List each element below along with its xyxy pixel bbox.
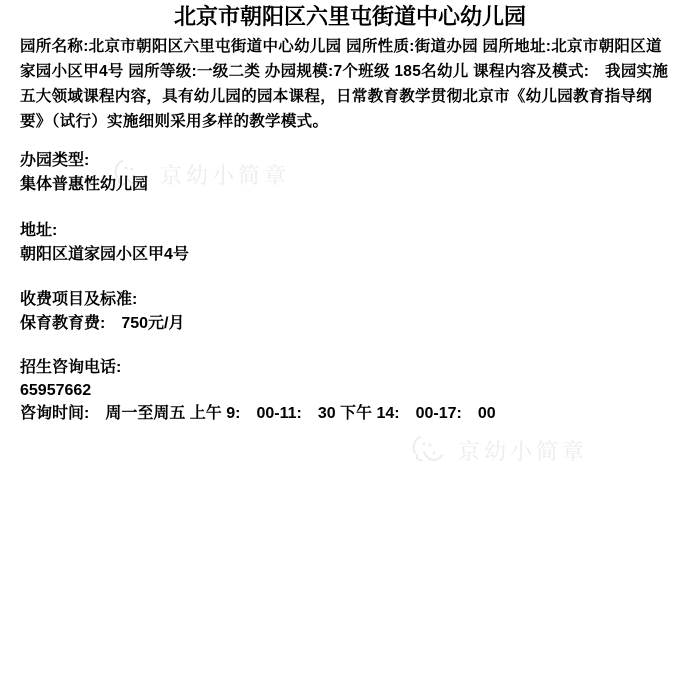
watermark: 京幼小简章 xyxy=(410,434,588,466)
phone-number: 65957662 xyxy=(20,381,91,401)
fees-value: 保育教育费: 750元/月 xyxy=(20,314,184,334)
kindergarten-type-label: 办园类型: xyxy=(20,151,89,171)
intro-paragraph: 园所名称:北京市朝阳区六里屯街道中心幼儿园 园所性质:街道办园 园所地址:北京市… xyxy=(20,34,680,134)
intro-line: 家园小区甲4号 园所等级:一级二类 办园规模:7个班级 185名幼儿 课程内容及… xyxy=(20,59,680,84)
panda-face-logo-icon xyxy=(410,434,446,466)
watermark-text: 京幼小简章 xyxy=(458,435,588,466)
intro-line: 要》（试行）实施细则采用多样的教学模式。 xyxy=(20,109,680,134)
fees-label: 收费项目及标准: xyxy=(20,290,137,310)
watermark-text: 京幼小简章 xyxy=(160,159,290,190)
address-label: 地址: xyxy=(20,221,57,241)
kindergarten-type-value: 集体普惠性幼儿园 xyxy=(20,175,148,195)
intro-line: 园所名称:北京市朝阳区六里屯街道中心幼儿园 园所性质:街道办园 园所地址:北京市… xyxy=(20,34,680,59)
document-page: 北京市朝阳区六里屯街道中心幼儿园 园所名称:北京市朝阳区六里屯街道中心幼儿园 园… xyxy=(0,0,700,675)
intro-line: 五大领域课程内容，具有幼儿园的园本课程，日常教育教学贯彻北京市《幼儿园教育指导纲 xyxy=(20,84,680,109)
phone-label: 招生咨询电话: xyxy=(20,358,121,378)
address-value: 朝阳区道家园小区甲4号 xyxy=(20,245,189,265)
consultation-hours: 咨询时间: 周一至周五 上午 9: 00-11: 30 下午 14: 00-17… xyxy=(20,404,496,424)
page-title: 北京市朝阳区六里屯街道中心幼儿园 xyxy=(0,3,700,30)
